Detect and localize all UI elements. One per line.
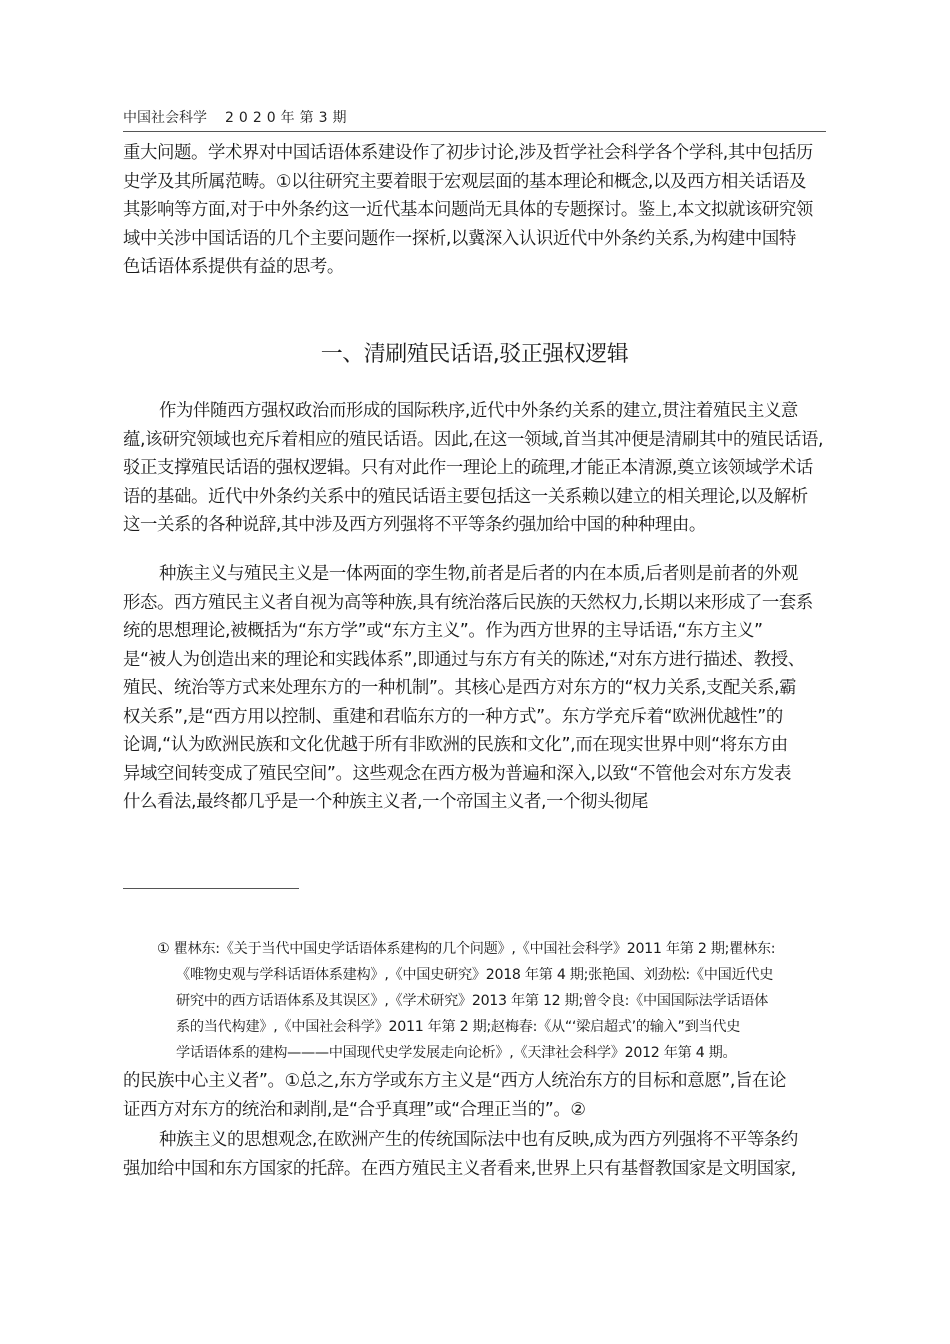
paragraph-racism-colonialism: 种族主义与殖民主义是一体两面的孪生物,前者是后者的内在本质,后者则是前者的外观 … — [123, 560, 833, 817]
text-line: 种族主义与殖民主义是一体两面的孪生物,前者是后者的内在本质,后者则是前者的外观 — [123, 560, 833, 589]
footnote-divider — [123, 888, 299, 889]
text-line: 强加给中国和东方国家的托辞。在西方殖民主义者看来,世界上只有基督教国家是文明国家… — [123, 1155, 833, 1184]
text-line: 的民族中心主义者”。①总之,东方学或东方主义是“西方人统治东方的目标和意愿”,旨… — [123, 1067, 833, 1096]
text-line: 其影响等方面,对于中外条约这一近代基本问题尚无具体的专题探讨。鉴上,本文拟就该研… — [123, 196, 833, 225]
text-line: 形态。西方殖民主义者自视为高等种族,具有统治落后民族的天然权力,长期以来形成了一… — [123, 589, 833, 618]
journal-name: 中国社会科学 — [123, 110, 207, 126]
footnote-line: ① 瞿林东:《关于当代中国史学话语体系建构的几个问题》,《中国社会科学》2011… — [157, 936, 837, 962]
text-line: 域中关涉中国话语的几个主要问题作一探析,以冀深入认识近代中外条约关系,为构建中国… — [123, 225, 833, 254]
section-heading: 一、清刷殖民话语,驳正强权逻辑 — [123, 340, 826, 370]
footnote-line: 系的当代构建》,《中国社会科学》2011 年第 2 期;赵梅春:《从“‘梁启超式… — [157, 1014, 837, 1040]
paragraph-intro-continued: 重大问题。学术界对中国话语体系建设作了初步讨论,涉及哲学社会科学各个学科,其中包… — [123, 139, 833, 282]
text-line: 殖民、统治等方式来处理东方的一种机制”。其核心是西方对东方的“权力关系,支配关系… — [123, 674, 833, 703]
footnote-1: ① 瞿林东:《关于当代中国史学话语体系建构的几个问题》,《中国社会科学》2011… — [157, 936, 837, 1066]
footnote-line: 《唯物史观与学科话语体系建构》,《中国史研究》2018 年第 4 期;张艳国、刘… — [157, 962, 837, 988]
text-line: 史学及其所属范畴。①以往研究主要着眼于宏观层面的基本理论和概念,以及西方相关话语… — [123, 168, 833, 197]
text-line: 蕴,该研究领域也充斥着相应的殖民话语。因此,在这一领域,首当其冲便是清刷其中的殖… — [123, 426, 833, 455]
text-line: 色话语体系提供有益的思考。 — [123, 253, 833, 282]
text-line: 驳正支撑殖民话语的强权逻辑。只有对此作一理论上的疏理,才能正本清源,奠立该领域学… — [123, 454, 833, 483]
text-line: 是“被人为创造出来的理论和实践体系”,即通过与东方有关的陈述,“对东方进行描述、… — [123, 646, 833, 675]
header-divider — [123, 131, 826, 132]
text-line: 权关系”,是“西方用以控制、重建和君临东方的一种方式”。东方学充斥着“欧洲优越性… — [123, 703, 833, 732]
paragraph-colonial-discourse: 作为伴随西方强权政治而形成的国际秩序,近代中外条约关系的建立,贯注着殖民主义意 … — [123, 397, 833, 540]
text-line: 作为伴随西方强权政治而形成的国际秩序,近代中外条约关系的建立,贯注着殖民主义意 — [123, 397, 833, 426]
document-page: 中国社会科学2020年第3期 重大问题。学术界对中国话语体系建设作了初步讨论,涉… — [0, 0, 950, 1344]
footnote-line: 研究中的西方话语体系及其误区》,《学术研究》2013 年第 12 期;曾令良:《… — [157, 988, 837, 1014]
paragraph-orientalism-conclusion: 的民族中心主义者”。①总之,东方学或东方主义是“西方人统治东方的目标和意愿”,旨… — [123, 1067, 833, 1124]
text-line: 种族主义的思想观念,在欧洲产生的传统国际法中也有反映,成为西方列强将不平等条约 — [123, 1126, 833, 1155]
text-line: 语的基础。近代中外条约关系中的殖民话语主要包括这一关系赖以建立的相关理论,以及解… — [123, 483, 833, 512]
footnote-line: 学话语体系的建构———中国现代史学发展走向论析》,《天津社会科学》2012 年第… — [157, 1040, 837, 1066]
text-line: 统的思想理论,被概括为“东方学”或“东方主义”。作为西方世界的主导话语,“东方主… — [123, 617, 833, 646]
text-line: 重大问题。学术界对中国话语体系建设作了初步讨论,涉及哲学社会科学各个学科,其中包… — [123, 139, 833, 168]
text-line: 什么看法,最终都几乎是一个种族主义者,一个帝国主义者,一个彻头彻尾 — [123, 788, 833, 817]
issue-number: 2020年第3期 — [225, 110, 352, 126]
text-line: 证西方对东方的统治和剥削,是“合乎真理”或“合理正当的”。② — [123, 1096, 833, 1125]
text-line: 这一关系的各种说辞,其中涉及西方列强将不平等条约强加给中国的种种理由。 — [123, 511, 833, 540]
text-line: 异域空间转变成了殖民空间”。这些观念在西方极为普遍和深入,以致“不管他会对东方发… — [123, 760, 833, 789]
text-line: 论调,“认为欧洲民族和文化优越于所有非欧洲的民族和文化”,而在现实世界中则“将东… — [123, 731, 833, 760]
running-header: 中国社会科学2020年第3期 — [123, 108, 826, 132]
paragraph-international-law: 种族主义的思想观念,在欧洲产生的传统国际法中也有反映,成为西方列强将不平等条约 … — [123, 1126, 833, 1183]
